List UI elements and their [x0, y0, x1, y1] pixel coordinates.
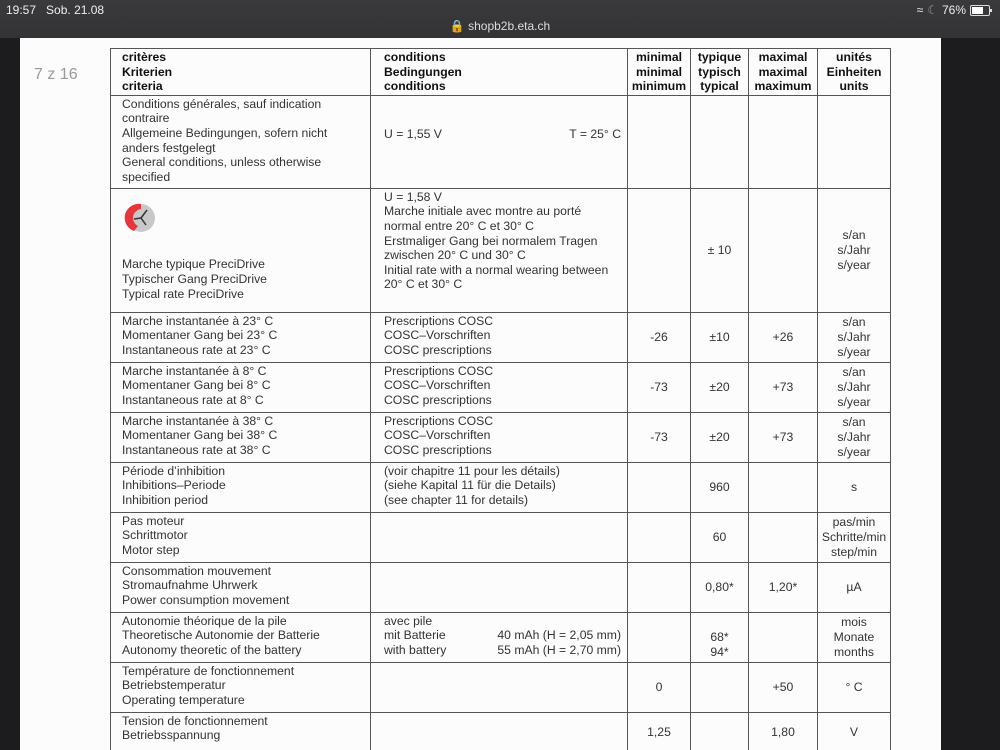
header-text: criteria — [122, 79, 370, 94]
criteria-text: Autonomie théorique de la pile — [122, 614, 370, 629]
min-cell — [628, 188, 691, 312]
header-text: unités — [818, 50, 890, 65]
page-indicator: 7 z 16 — [34, 66, 78, 84]
min-cell: -26 — [628, 312, 691, 362]
condition-voltage: U = 1,55 V — [384, 127, 442, 142]
criteria-text: Schrittmotor — [122, 528, 370, 543]
criteria-cell: Marche instantanée à 38° CMomentaner Gan… — [111, 412, 371, 462]
lock-icon: 🔒 — [450, 19, 465, 33]
criteria-text: Betriebsspannung — [122, 728, 370, 743]
units-cell: s/ans/Jahrs/year — [818, 362, 891, 412]
conditions-cell — [371, 512, 628, 562]
header-typical: typiquetypischtypical — [691, 49, 749, 96]
condition-text: Prescriptions COSC — [384, 314, 627, 329]
criteria-text: Période d’inhibition — [122, 464, 370, 479]
condition-text: COSC–Vorschriften — [384, 428, 627, 443]
condition-text: COSC–Vorschriften — [384, 328, 627, 343]
status-time: 19:57 Sob. 21.08 — [6, 3, 104, 17]
units-cell: moisMonatemonths — [818, 612, 891, 662]
criteria-text: Instantaneous rate at 23° C — [122, 343, 370, 358]
table-header: critèresKriteriencriteria conditionsBedi… — [111, 49, 891, 96]
criteria-text: Température de fonctionnement — [122, 664, 370, 679]
criteria-text: Theoretische Autonomie der Batterie — [122, 628, 370, 643]
criteria-cell: Conditions générales, sauf indicationcon… — [111, 95, 371, 188]
conditions-cell: U = 1,58 VMarche initiale avec montre au… — [371, 188, 628, 312]
min-cell — [628, 562, 691, 612]
status-bar: 19:57 Sob. 21.08 ≈ ☾ 76% 🔒 shopb2b.eta.c… — [0, 0, 1000, 38]
typical-cell: ±20 — [691, 362, 749, 412]
header-text: maximal — [749, 65, 817, 80]
criteria-text: General conditions, unless otherwise — [122, 155, 370, 170]
units-cell: s/ans/Jahrs/year — [818, 312, 891, 362]
conditions-cell: avec pilemit Batterie40 mAh (H = 2,05 mm… — [371, 612, 628, 662]
condition-text: Prescriptions COSC — [384, 364, 627, 379]
unit-text: step/min — [818, 545, 890, 560]
criteria-text: Momentaner Gang bei 8° C — [122, 378, 370, 393]
criteria-cell: Pas moteurSchrittmotorMotor step — [111, 512, 371, 562]
criteria-text: Allgemeine Bedingungen, sofern nicht — [122, 126, 370, 141]
typical-value — [691, 615, 748, 630]
battery-percent: 76% — [942, 3, 966, 17]
criteria-text: Betriebstemperatur — [122, 678, 370, 693]
table-row: Marche typique PreciDriveTypischer Gang … — [111, 188, 891, 312]
header-text: conditions — [384, 50, 627, 65]
criteria-text: Momentaner Gang bei 23° C — [122, 328, 370, 343]
typical-cell: 0,80* — [691, 562, 749, 612]
header-text: typisch — [691, 65, 748, 80]
unit-text: s/an — [818, 315, 890, 330]
criteria-text: Marche instantanée à 8° C — [122, 364, 370, 379]
criteria-text: Momentaner Gang bei 38° C — [122, 428, 370, 443]
criteria-cell: Autonomie théorique de la pileTheoretisc… — [111, 612, 371, 662]
criteria-cell: Marche typique PreciDriveTypischer Gang … — [111, 188, 371, 312]
max-cell — [749, 95, 818, 188]
criteria-cell: Consommation mouvementStromaufnahme Uhrw… — [111, 562, 371, 612]
conditions-cell: Prescriptions COSCCOSC–VorschriftenCOSC … — [371, 362, 628, 412]
min-cell: 0 — [628, 662, 691, 712]
units-cell: s — [818, 462, 891, 512]
conditions-cell — [371, 712, 628, 750]
typical-cell: 60 — [691, 512, 749, 562]
table-row: Autonomie théorique de la pileTheoretisc… — [111, 612, 891, 662]
condition-text: COSC prescriptions — [384, 343, 627, 358]
header-text: minimal — [628, 65, 690, 80]
typical-cell — [691, 95, 749, 188]
conditions-cell: Prescriptions COSCCOSC–VorschriftenCOSC … — [371, 412, 628, 462]
criteria-text: Inhibitions–Periode — [122, 478, 370, 493]
unit-text: µA — [818, 580, 890, 595]
table-row: Marche instantanée à 8° CMomentaner Gang… — [111, 362, 891, 412]
unit-text: s/Jahr — [818, 430, 890, 445]
header-text: minimum — [628, 79, 690, 94]
criteria-text: Operating temperature — [122, 693, 370, 708]
condition-text: normal entre 20° C et 30° C — [384, 219, 627, 234]
conditions-cell — [371, 562, 628, 612]
header-text: typique — [691, 50, 748, 65]
typical-cell: 68*94* — [691, 612, 749, 662]
criteria-text: Autonomy theoretic of the battery — [122, 643, 370, 658]
criteria-text: Stromaufnahme Uhrwerk — [122, 578, 370, 593]
criteria-text: Motor step — [122, 543, 370, 558]
units-cell: s/ans/Jahrs/year — [818, 412, 891, 462]
criteria-text: Tension de fonctionnement — [122, 714, 370, 729]
condition-text: Initial rate with a normal wearing betwe… — [384, 263, 627, 278]
condition-text: mit Batterie — [384, 628, 446, 643]
unit-text: s/an — [818, 415, 890, 430]
condition-text: (voir chapitre 11 pour les détails) — [384, 464, 627, 479]
condition-text: Erstmaliger Gang bei normalem Tragen — [384, 234, 627, 249]
condition-temperature: T = 25° C — [569, 127, 621, 142]
condition-text: with battery — [384, 643, 446, 658]
condition-text: Prescriptions COSC — [384, 414, 627, 429]
typical-value: 68* — [691, 630, 748, 645]
typical-cell: ±20 — [691, 412, 749, 462]
max-cell: +50 — [749, 662, 818, 712]
max-cell — [749, 462, 818, 512]
unit-text: s/an — [818, 228, 890, 243]
table-row: Marche instantanée à 38° CMomentaner Gan… — [111, 412, 891, 462]
criteria-text: Instantaneous rate at 8° C — [122, 393, 370, 408]
header-text: Bedingungen — [384, 65, 627, 80]
table-row: Consommation mouvementStromaufnahme Uhrw… — [111, 562, 891, 612]
table-row: Conditions générales, sauf indicationcon… — [111, 95, 891, 188]
table-row: Tension de fonctionnementBetriebsspannun… — [111, 712, 891, 750]
spec-table: critèresKriteriencriteria conditionsBedi… — [110, 48, 891, 750]
header-conditions: conditionsBedingungenconditions — [371, 49, 628, 96]
header-text: maximal — [749, 50, 817, 65]
unit-text: s/year — [818, 258, 890, 273]
units-cell: µA — [818, 562, 891, 612]
unit-text: Schritte/min — [818, 530, 890, 545]
criteria-text: Instantaneous rate at 38° C — [122, 443, 370, 458]
unit-text: s — [818, 480, 890, 495]
max-cell: +26 — [749, 312, 818, 362]
units-cell: V — [818, 712, 891, 750]
unit-text: s/Jahr — [818, 243, 890, 258]
conditions-cell: U = 1,55 VT = 25° C — [371, 95, 628, 188]
header-text: typical — [691, 79, 748, 94]
min-cell — [628, 95, 691, 188]
typical-cell: 960 — [691, 462, 749, 512]
min-cell — [628, 462, 691, 512]
units-cell: ° C — [818, 662, 891, 712]
max-cell: +73 — [749, 412, 818, 462]
header-text: units — [818, 79, 890, 94]
table-row: Marche instantanée à 23° CMomentaner Gan… — [111, 312, 891, 362]
condition-text: COSC–Vorschriften — [384, 378, 627, 393]
condition-value: 40 mAh (H = 2,05 mm) — [497, 628, 621, 643]
condition-text: (siehe Kapital 11 für die Details) — [384, 478, 627, 493]
unit-text: s/year — [818, 395, 890, 410]
typical-cell: ±10 — [691, 312, 749, 362]
condition-text: 20° C et 30° C — [384, 277, 627, 292]
header-units: unitésEinheitenunits — [818, 49, 891, 96]
typical-value: 94* — [691, 645, 748, 660]
max-cell — [749, 612, 818, 662]
unit-text: pas/min — [818, 515, 890, 530]
condition-text: zwischen 20° C und 30° C — [384, 248, 627, 263]
header-minimal: minimalminimalminimum — [628, 49, 691, 96]
min-cell: -73 — [628, 362, 691, 412]
status-indicators: ≈ ☾ 76% — [917, 3, 990, 17]
criteria-text: Typischer Gang PreciDrive — [122, 272, 370, 287]
wifi-icon: ≈ — [917, 3, 924, 17]
header-text: maximum — [749, 79, 817, 94]
criteria-text: Consommation mouvement — [122, 564, 370, 579]
min-cell: 1,25 — [628, 712, 691, 750]
conditions-cell: (voir chapitre 11 pour les détails)(sieh… — [371, 462, 628, 512]
unit-text: Monate — [818, 630, 890, 645]
min-cell: -73 — [628, 412, 691, 462]
condition-text: Marche initiale avec montre au porté — [384, 204, 627, 219]
header-text: minimal — [628, 50, 690, 65]
header-criteria: critèresKriteriencriteria — [111, 49, 371, 96]
criteria-text: contraire — [122, 111, 370, 126]
criteria-text: Typical rate PreciDrive — [122, 287, 370, 302]
max-cell: +73 — [749, 362, 818, 412]
table-row: Température de fonctionnementBetriebstem… — [111, 662, 891, 712]
unit-text: s/year — [818, 345, 890, 360]
condition-text: (see chapter 11 for details) — [384, 493, 627, 508]
units-cell: s/ans/Jahrs/year — [818, 188, 891, 312]
criteria-text: anders festgelegt — [122, 141, 370, 156]
condition-text: COSC prescriptions — [384, 443, 627, 458]
unit-text: months — [818, 645, 890, 660]
header-text: conditions — [384, 79, 627, 94]
header-maximal: maximalmaximalmaximum — [749, 49, 818, 96]
min-cell — [628, 612, 691, 662]
typical-cell — [691, 712, 749, 750]
max-cell: 1,20* — [749, 562, 818, 612]
criteria-text: Pas moteur — [122, 514, 370, 529]
table-row: Période d’inhibitionInhibitions–PeriodeI… — [111, 462, 891, 512]
criteria-cell: Marche instantanée à 23° CMomentaner Gan… — [111, 312, 371, 362]
precidrive-logo-icon — [122, 200, 158, 236]
criteria-text: Marche instantanée à 38° C — [122, 414, 370, 429]
criteria-cell: Température de fonctionnementBetriebstem… — [111, 662, 371, 712]
max-cell — [749, 512, 818, 562]
moon-icon: ☾ — [927, 3, 938, 17]
criteria-cell: Période d’inhibitionInhibitions–PeriodeI… — [111, 462, 371, 512]
typical-cell: ± 10 — [691, 188, 749, 312]
criteria-cell: Marche instantanée à 8° CMomentaner Gang… — [111, 362, 371, 412]
max-cell — [749, 188, 818, 312]
table-row: Pas moteurSchrittmotorMotor step 60 pas/… — [111, 512, 891, 562]
min-cell — [628, 512, 691, 562]
typical-cell — [691, 662, 749, 712]
header-text: Kriterien — [122, 65, 370, 80]
header-text: Einheiten — [818, 65, 890, 80]
units-cell: pas/minSchritte/minstep/min — [818, 512, 891, 562]
criteria-text: Power consumption movement — [122, 593, 370, 608]
criteria-text: specified — [122, 170, 370, 185]
address-bar[interactable]: 🔒 shopb2b.eta.ch — [0, 19, 1000, 33]
condition-text: U = 1,58 V — [384, 190, 627, 205]
unit-text: s/an — [818, 365, 890, 380]
criteria-text: Inhibition period — [122, 493, 370, 508]
conditions-cell — [371, 662, 628, 712]
max-cell: 1,80 — [749, 712, 818, 750]
unit-text: V — [818, 725, 890, 740]
criteria-text: Marche typique PreciDrive — [122, 257, 370, 272]
unit-text: ° C — [818, 680, 890, 695]
criteria-text: Marche instantanée à 23° C — [122, 314, 370, 329]
unit-text: s/Jahr — [818, 380, 890, 395]
units-cell — [818, 95, 891, 188]
condition-text: COSC prescriptions — [384, 393, 627, 408]
condition-text: avec pile — [384, 614, 432, 629]
criteria-text: Conditions générales, sauf indication — [122, 97, 370, 112]
criteria-cell: Tension de fonctionnementBetriebsspannun… — [111, 712, 371, 750]
unit-text: s/year — [818, 445, 890, 460]
unit-text: s/Jahr — [818, 330, 890, 345]
condition-value: 55 mAh (H = 2,70 mm) — [497, 643, 621, 658]
battery-icon — [970, 5, 990, 16]
unit-text: mois — [818, 615, 890, 630]
conditions-cell: Prescriptions COSCCOSC–VorschriftenCOSC … — [371, 312, 628, 362]
header-text: critères — [122, 50, 370, 65]
